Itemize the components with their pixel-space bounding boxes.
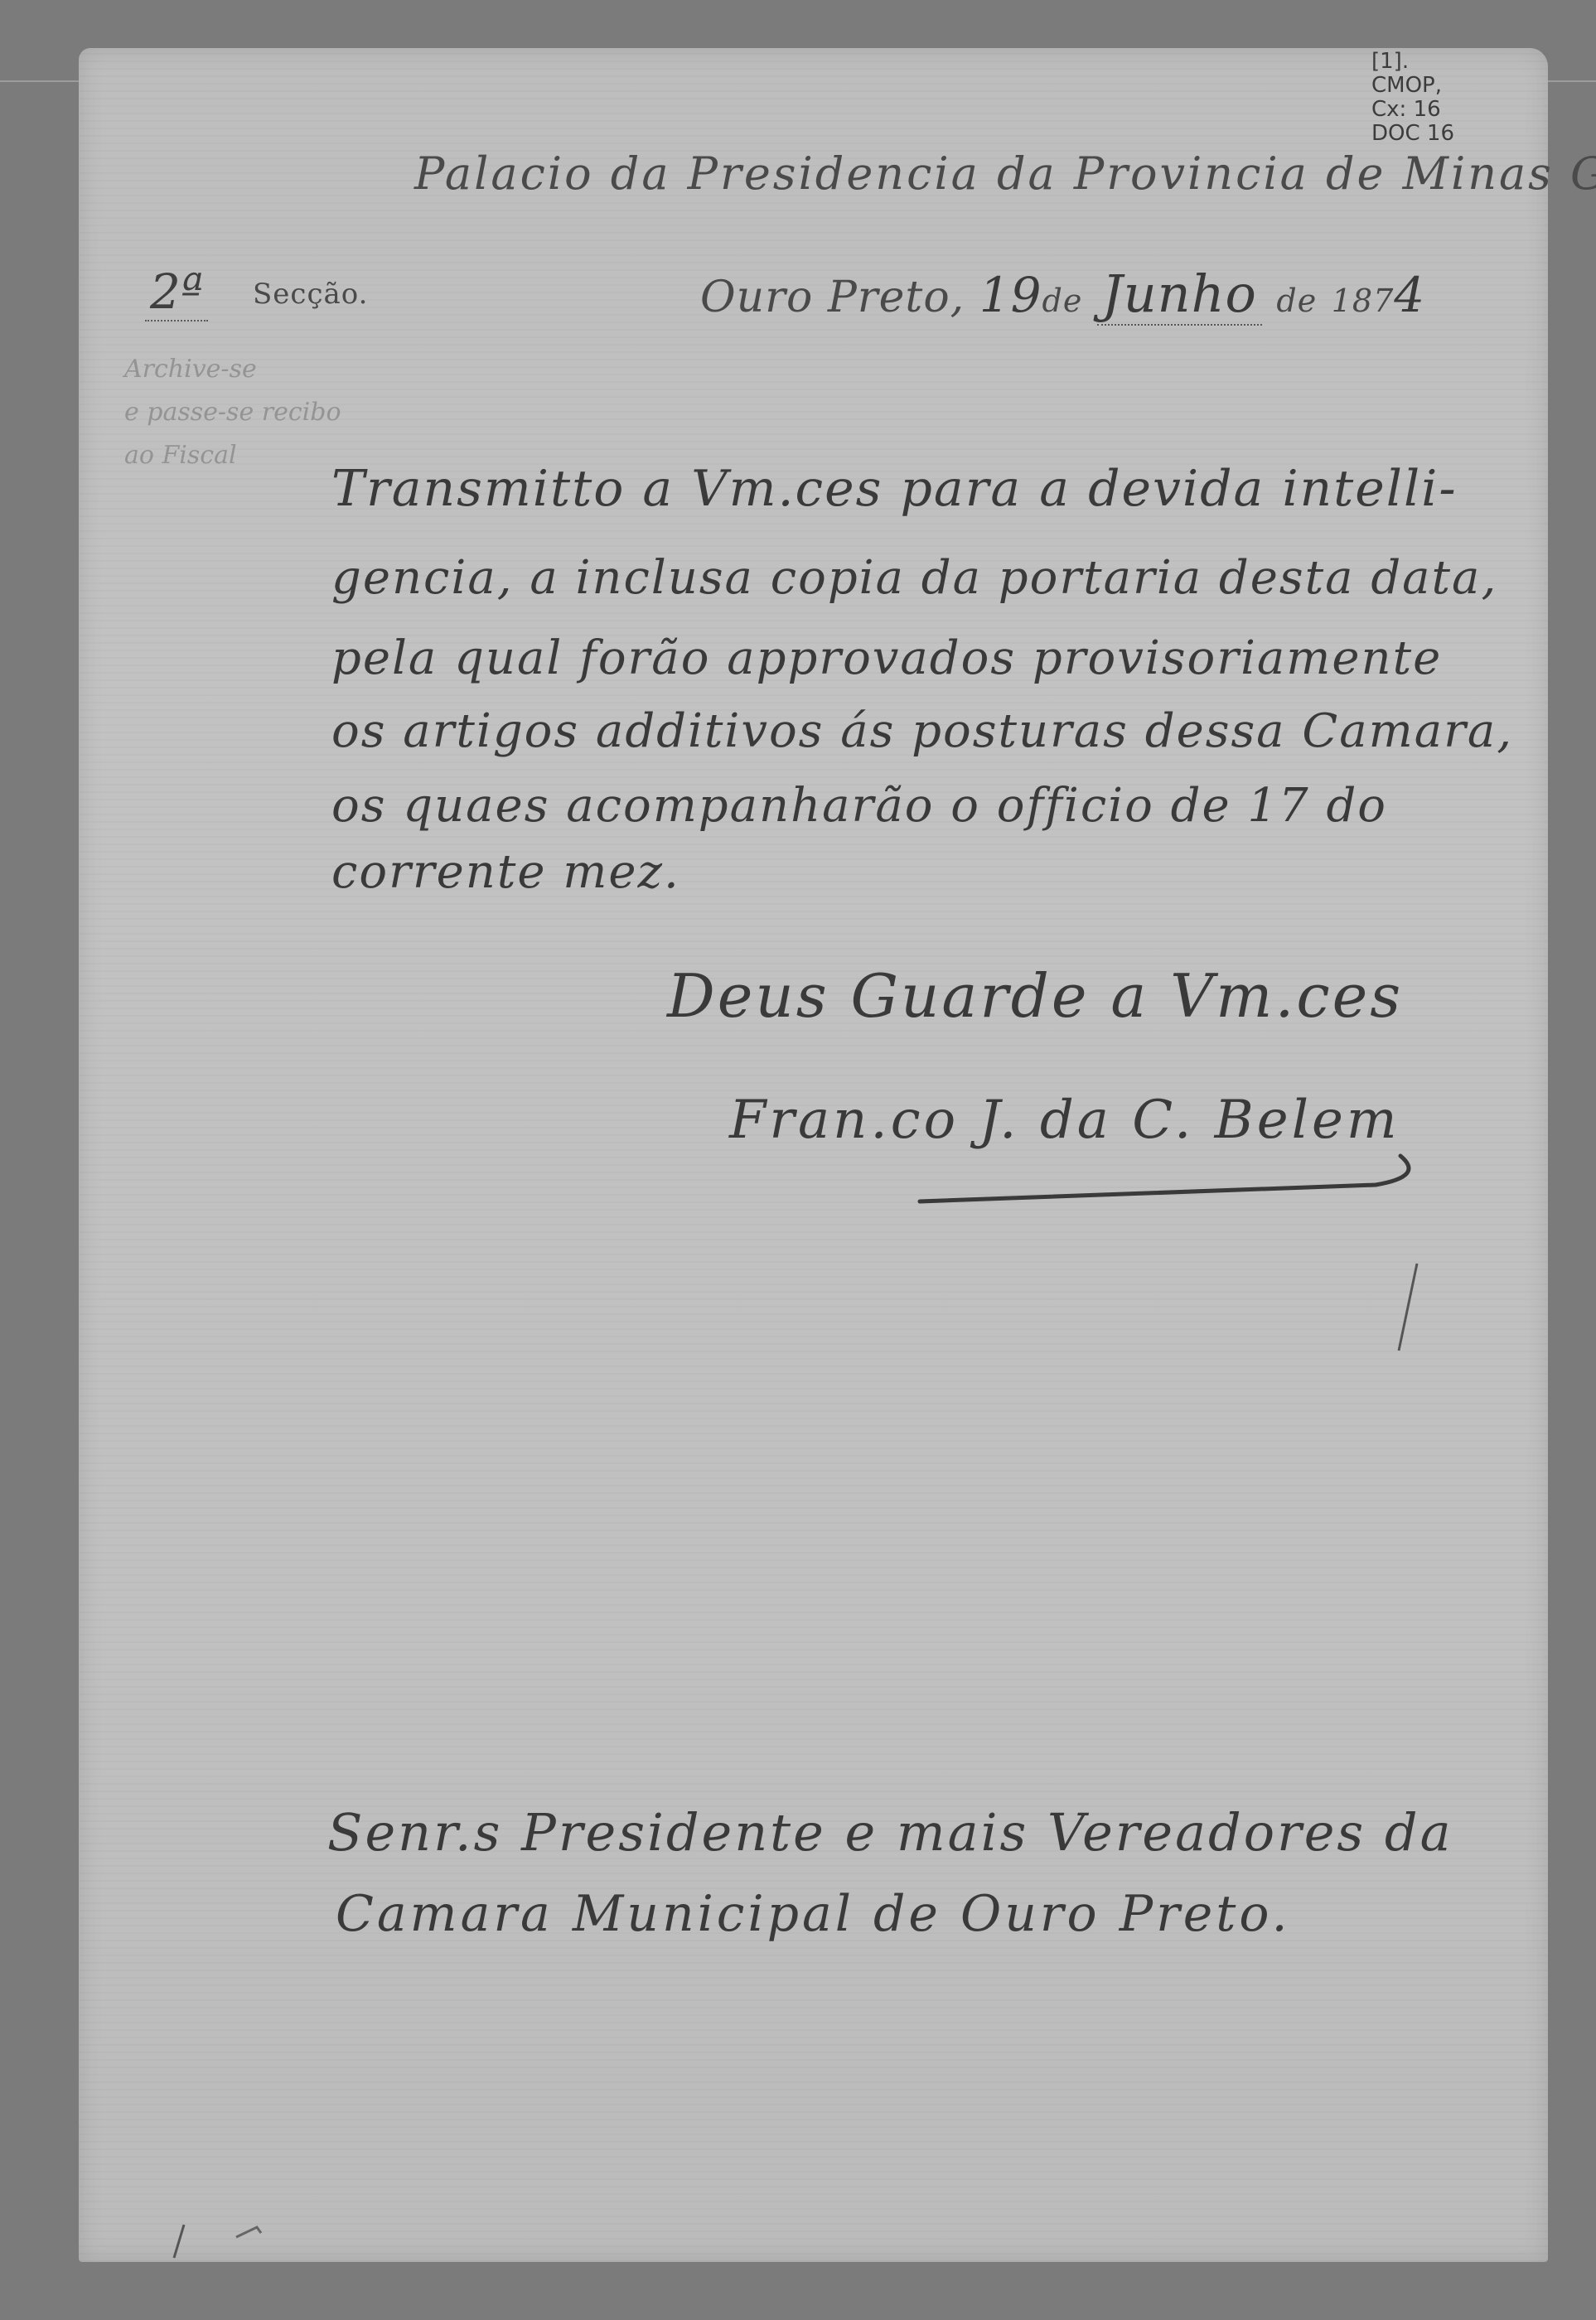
dateline-day: 19	[979, 267, 1042, 323]
dateline-de: de	[1042, 283, 1083, 319]
closing-salutation: Deus Guarde a Vm.ces	[667, 961, 1403, 1031]
body-line-1: Transmitto a Vm.ces para a devida intell…	[331, 460, 1458, 518]
bottom-pen-mark-icon	[157, 2221, 273, 2262]
dateline-month: Junho	[1097, 263, 1262, 326]
letterhead: Palacio da Presidencia da Provincia de M…	[414, 147, 1596, 200]
signature: Fran.co J. da C. Belem	[729, 1090, 1400, 1151]
archive-label-line: Cx: 16	[1371, 98, 1487, 122]
archive-label-line: DOC 16	[1371, 122, 1487, 146]
section-label: Secção.	[253, 278, 368, 311]
addressee-line-1: Senr.s Presidente e mais Vereadores da	[327, 1802, 1453, 1863]
dateline-place: Ouro Preto,	[700, 273, 965, 322]
dateline: Ouro Preto, 19de Junho de 1874	[700, 263, 1425, 324]
archive-label-line: CMOP,	[1371, 74, 1487, 98]
pen-mark-icon	[1392, 1259, 1425, 1359]
dateline-year-prefix: 187	[1332, 283, 1395, 319]
margin-note-line: ao Fiscal	[124, 434, 341, 477]
section-number: 2ª	[145, 263, 208, 320]
dateline-de: de	[1276, 283, 1317, 319]
margin-note: Archive-se e passe-se recibo ao Fiscal	[124, 348, 341, 477]
signature-flourish-icon	[912, 1152, 1425, 1226]
archive-label: [1]. CMOP, Cx: 16 DOC 16	[1371, 50, 1487, 146]
dateline-year-suffix: 4	[1394, 267, 1425, 323]
margin-note-line: Archive-se	[124, 348, 341, 391]
archive-label-line: [1].	[1371, 50, 1487, 74]
addressee-line-2: Camara Municipal de Ouro Preto.	[336, 1885, 1291, 1943]
section-number-text: 2ª	[145, 263, 208, 321]
body-line-3: pela qual forão approvados provisoriamen…	[331, 631, 1442, 685]
body-line-4: os artigos additivos ás posturas dessa C…	[331, 704, 1513, 758]
margin-note-line: e passe-se recibo	[124, 391, 341, 434]
body-line-6: corrente mez.	[331, 845, 680, 899]
body-line-5: os quaes acompanharão o officio de 17 do	[331, 779, 1387, 833]
body-line-2: gencia, a inclusa copia da portaria dest…	[331, 551, 1497, 605]
